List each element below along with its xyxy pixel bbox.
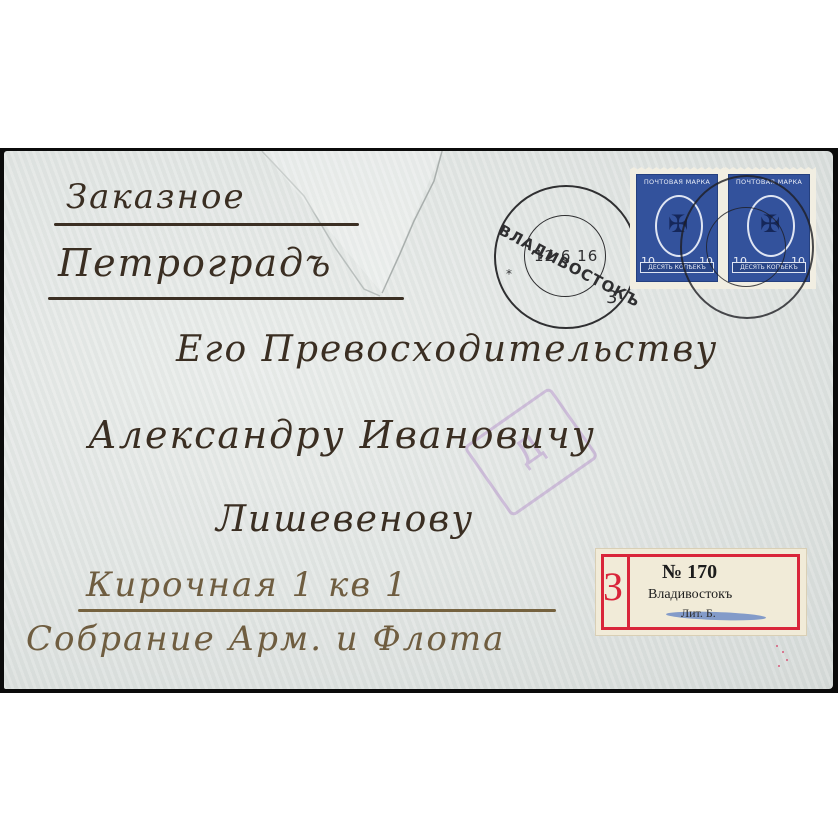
postmark-left: ВЛАДИВОСТОКЪ 12 6 16 3 *: [494, 185, 638, 329]
registration-label: З № 170 Владивостокъ Лит. Б.: [595, 548, 807, 636]
registration-letter: З: [603, 563, 623, 610]
handwriting-title: Его Превосходительству: [176, 329, 718, 370]
postmark-right: [680, 175, 814, 319]
registration-number: № 170: [662, 561, 717, 584]
underline-2: [48, 297, 404, 300]
stamp-1-top-text: ПОЧТОВАЯ МАРКА: [637, 178, 717, 186]
registration-office: Лит. Б.: [681, 606, 716, 621]
handwriting-registered: Заказное: [66, 177, 246, 217]
postmark-star: *: [506, 267, 512, 281]
postmark-right-inner-ring: [706, 207, 786, 287]
handwriting-street: Кирочная 1 кв 1: [86, 565, 409, 605]
postmark-date: 12 6 16: [534, 247, 598, 265]
underline-1: [54, 223, 359, 226]
handwriting-surname: Лишевенову: [216, 499, 474, 540]
handwriting-first-name: Александру Ивановичу: [88, 413, 596, 457]
underline-3: [78, 609, 556, 612]
handwriting-institution: Собрание Арм. и Флота: [26, 619, 505, 659]
red-ink-specks: [774, 641, 794, 671]
handwriting-city: Петроградъ: [58, 241, 332, 285]
registration-city: Владивостокъ: [648, 587, 732, 603]
postmark-office-number: 3: [606, 287, 617, 308]
